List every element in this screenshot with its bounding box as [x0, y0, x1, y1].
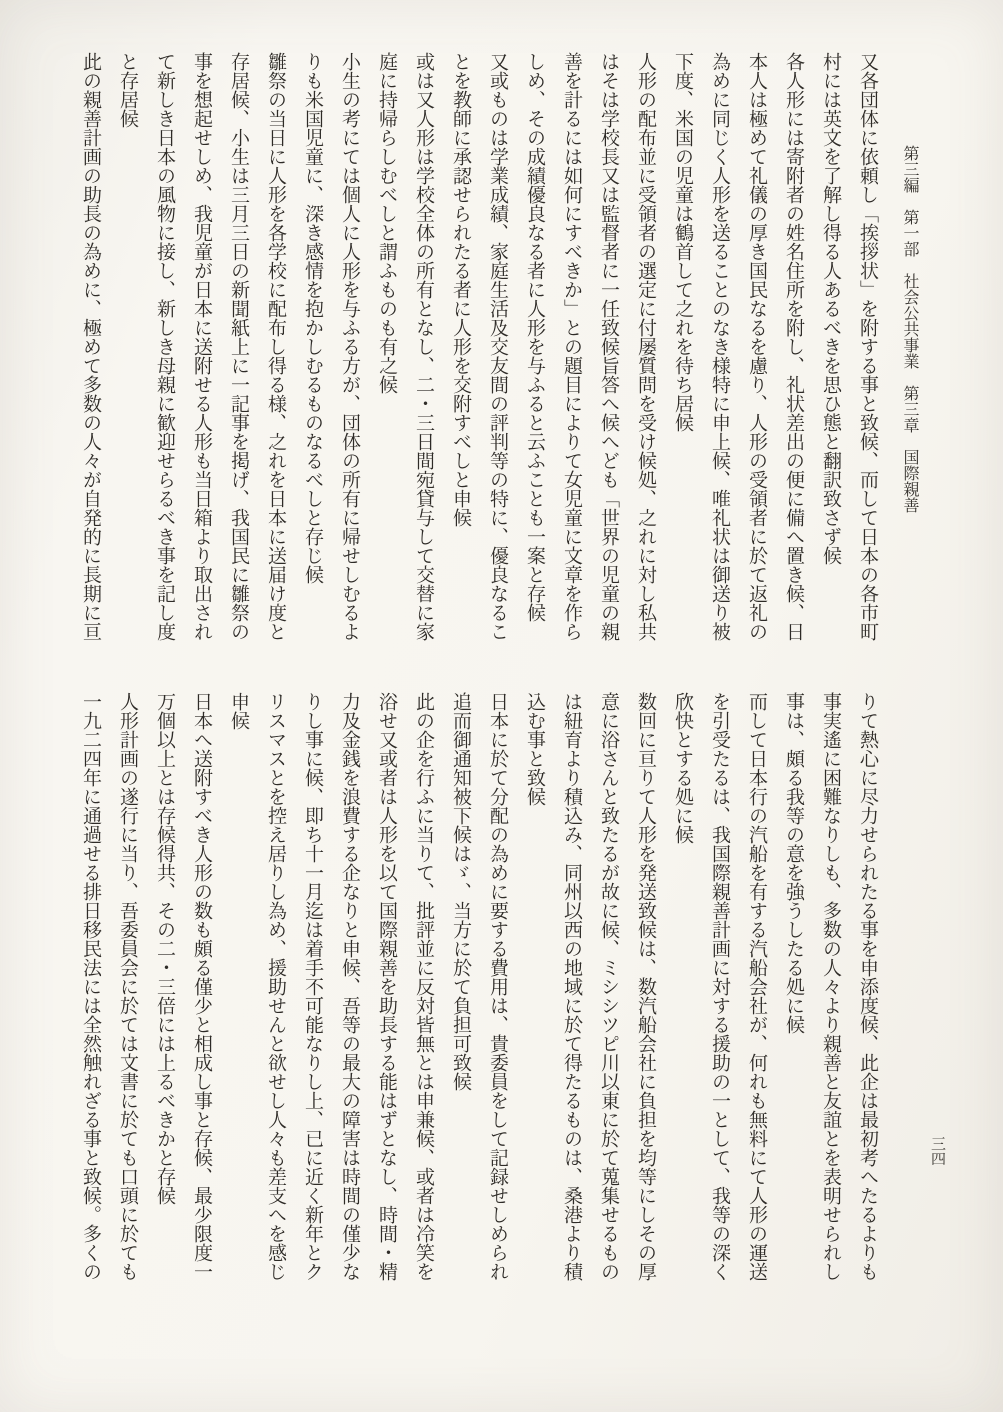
paragraph: 此の親善計画の助長の為めに、極めて多数の人々が自発的に長期に亘 — [72, 52, 109, 644]
running-head: 第三編 第一部 社会公共事業 第三章 国際親善 — [898, 145, 920, 705]
paragraph: 数回に亘りて人形を発送致候は、数汽船会社に負担を均等にしその厚意に浴さんと致たる… — [516, 692, 664, 1284]
page-number: 三四 — [928, 1136, 946, 1166]
paragraph: 日本へ送附すべき人形の数も頗る僅少と相成し事と存候、最少限度一万個以上とは存候得… — [146, 692, 220, 1284]
paragraph: りて熱心に尽力せられたる事を申添度候、此企は最初考へたるよりも事実遙に困難なりし… — [775, 692, 886, 1284]
paragraph: 或は又人形は学校全体の所有となし、二・三日間宛貸与して交替に家庭に持帰らしむべし… — [368, 52, 442, 644]
paragraph: 又或ものは学業成績、家庭生活及交友間の評判等の特に、優良なることを教師に承認せら… — [442, 52, 516, 644]
paragraph: 雛祭の当日に人形を各学校に配布し得る様、之れを日本に送届け度と存居候、小生は三月… — [109, 52, 294, 644]
paragraph: 人形計画の遂行に当り、吾委員会に於ては文書に於ても口頭に於ても一九二四年に通過せ… — [72, 692, 146, 1284]
paragraph: 此の企を行ふに当りて、批評並に反対皆無とは申兼候、或者は冷笑を浴せ又或者は人形を… — [220, 692, 442, 1284]
book-page: 第三編 第一部 社会公共事業 第三章 国際親善 三四 又各団体に依頼し「挨拶状」… — [0, 0, 1003, 1412]
text-block-top: 又各団体に依頼し「挨拶状」を附する事と致候、而して日本の各市町村には英文を了解し… — [72, 52, 886, 644]
paragraph: 日本に於て分配の為めに要する費用は、貴委員をして記録せしめられ追而御通知被下候は… — [442, 692, 516, 1284]
paragraph: 而して日本行の汽船を有する汽船会社が、何れも無料にて人形の運送を引受たるは、我国… — [664, 692, 775, 1284]
paragraph: 又各団体に依頼し「挨拶状」を附する事と致候、而して日本の各市町村には英文を了解し… — [812, 52, 886, 644]
paragraph: 各人形には寄附者の姓名住所を附し、礼状差出の便に備へ置き候、日本人は極めて礼儀の… — [664, 52, 812, 644]
paragraph: 小生の考にては個人に人形を与ふる方が、団体の所有に帰せしむるよりも米国児童に、深… — [294, 52, 368, 644]
text-block-bottom: りて熱心に尽力せられたる事を申添度候、此企は最初考へたるよりも事実遙に困難なりし… — [72, 692, 886, 1284]
paragraph: 人形の配布並に受領者の選定に付屡質問を受け候処、之れに対し私共はそは学校長又は監… — [516, 52, 664, 644]
